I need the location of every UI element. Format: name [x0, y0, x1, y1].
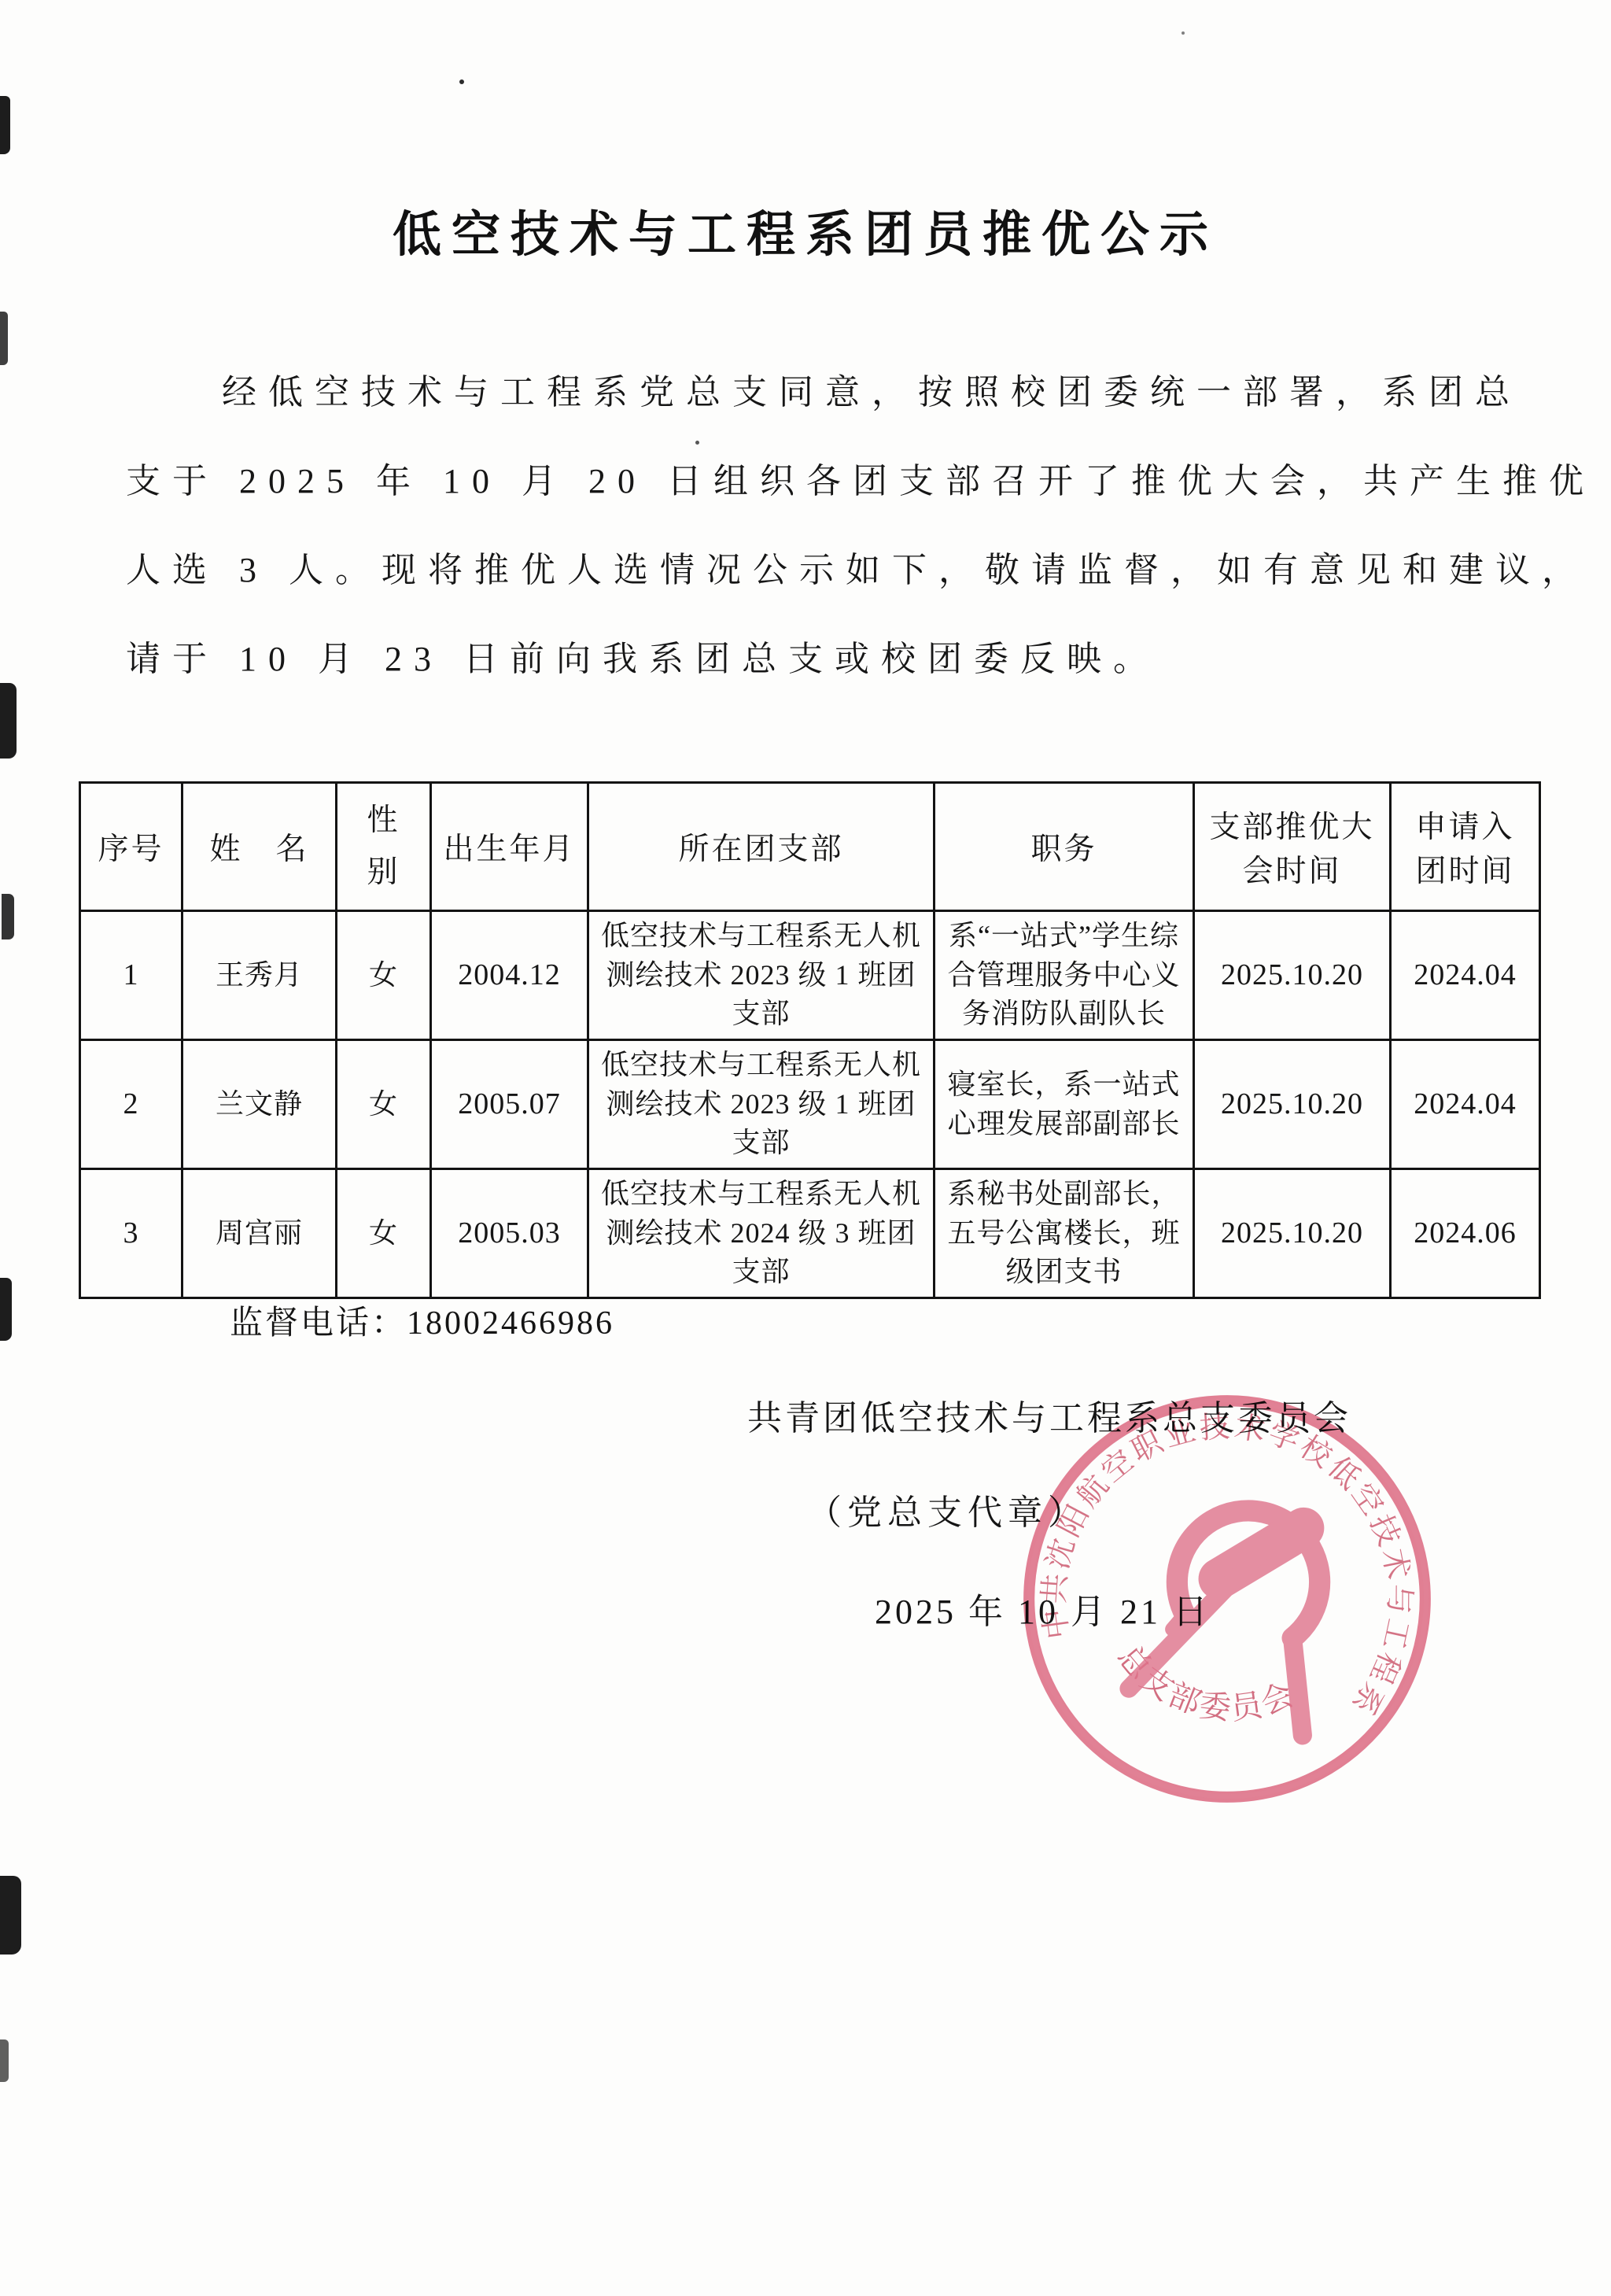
scan-speck	[695, 441, 699, 445]
col-header-meeting-date: 支部推优大会时间	[1194, 783, 1391, 911]
col-header-join-date: 申请入团时间	[1391, 783, 1540, 911]
cell-name: 兰文静	[182, 1040, 337, 1169]
paragraph-line: 请于 10 月 23 日前向我系团总支或校团委反映。	[126, 630, 1518, 681]
paragraph-line: 经低空技术与工程系党总支同意，按照校团委统一部署，系团总	[126, 364, 1611, 414]
scan-speck	[459, 79, 464, 84]
cell-name: 周宫丽	[182, 1169, 337, 1298]
scan-artifact	[0, 1278, 12, 1341]
cell-join-date: 2024.04	[1391, 1040, 1540, 1169]
cell-position: 寝室长，系一站式心理发展部副部长	[935, 1040, 1194, 1169]
scan-artifact	[0, 2039, 9, 2082]
cell-birth: 2005.03	[431, 1169, 588, 1298]
recommendation-table: 序号 姓 名 性别 出生年月 所在团支部 职务 支部推优大会时间 申请入团时间 …	[79, 781, 1541, 1299]
cell-join-date: 2024.04	[1391, 911, 1540, 1040]
paragraph-line: 支于 2025 年 10 月 20 日组织各团支部召开了推优大会，共产生推优	[126, 452, 1518, 503]
table-row: 2 兰文静 女 2005.07 低空技术与工程系无人机测绘技术 2023 级 1…	[80, 1040, 1540, 1169]
cell-gender: 女	[337, 1040, 431, 1169]
scan-artifact	[0, 1876, 21, 1955]
cell-position: 系“一站式”学生综合管理服务中心义务消防队副队长	[935, 911, 1194, 1040]
cell-birth: 2004.12	[431, 911, 588, 1040]
table-row: 1 王秀月 女 2004.12 低空技术与工程系无人机测绘技术 2023 级 1…	[80, 911, 1540, 1040]
col-header-gender-label: 性别	[366, 795, 401, 899]
document-title: 低空技术与工程系团员推优公示	[0, 195, 1611, 265]
cell-meeting-date: 2025.10.20	[1194, 1040, 1391, 1169]
cell-name: 王秀月	[182, 911, 337, 1040]
col-header-position: 职务	[935, 783, 1194, 911]
table-header-row: 序号 姓 名 性别 出生年月 所在团支部 职务 支部推优大会时间 申请入团时间	[80, 783, 1540, 911]
col-header-birth: 出生年月	[431, 783, 588, 911]
official-red-seal: 中共沈阳航空职业技术学校低空技术与工程系 总支部委员会	[1005, 1377, 1449, 1821]
scan-artifact	[0, 683, 17, 759]
cell-meeting-date: 2025.10.20	[1194, 911, 1391, 1040]
scan-artifact	[2, 894, 14, 939]
scan-speck	[1182, 31, 1185, 35]
cell-join-date: 2024.06	[1391, 1169, 1540, 1298]
col-header-name: 姓 名	[182, 783, 337, 911]
cell-index: 2	[80, 1040, 182, 1169]
cell-gender: 女	[337, 911, 431, 1040]
table-row: 3 周宫丽 女 2005.03 低空技术与工程系无人机测绘技术 2024 级 3…	[80, 1169, 1540, 1298]
cell-birth: 2005.07	[431, 1040, 588, 1169]
cell-meeting-date: 2025.10.20	[1194, 1169, 1391, 1298]
cell-branch: 低空技术与工程系无人机测绘技术 2024 级 3 班团支部	[588, 1169, 935, 1298]
cell-branch: 低空技术与工程系无人机测绘技术 2023 级 1 班团支部	[588, 1040, 935, 1169]
cell-index: 1	[80, 911, 182, 1040]
cell-position: 系秘书处副部长，五号公寓楼长，班级团支书	[935, 1169, 1194, 1298]
col-header-gender: 性别	[337, 783, 431, 911]
supervision-phone: 监督电话：18002466986	[230, 1297, 614, 1344]
paragraph-line: 人选 3 人。现将推优人选情况公示如下，敬请监督，如有意见和建议，	[126, 541, 1518, 592]
col-header-branch: 所在团支部	[588, 783, 935, 911]
cell-index: 3	[80, 1169, 182, 1298]
col-header-index: 序号	[80, 783, 182, 911]
scanned-document-page: 低空技术与工程系团员推优公示 经低空技术与工程系党总支同意，按照校团委统一部署，…	[0, 0, 1611, 2296]
cell-branch: 低空技术与工程系无人机测绘技术 2023 级 1 班团支部	[588, 911, 935, 1040]
scan-artifact	[0, 96, 10, 154]
cell-gender: 女	[337, 1169, 431, 1298]
scan-artifact	[0, 312, 8, 365]
